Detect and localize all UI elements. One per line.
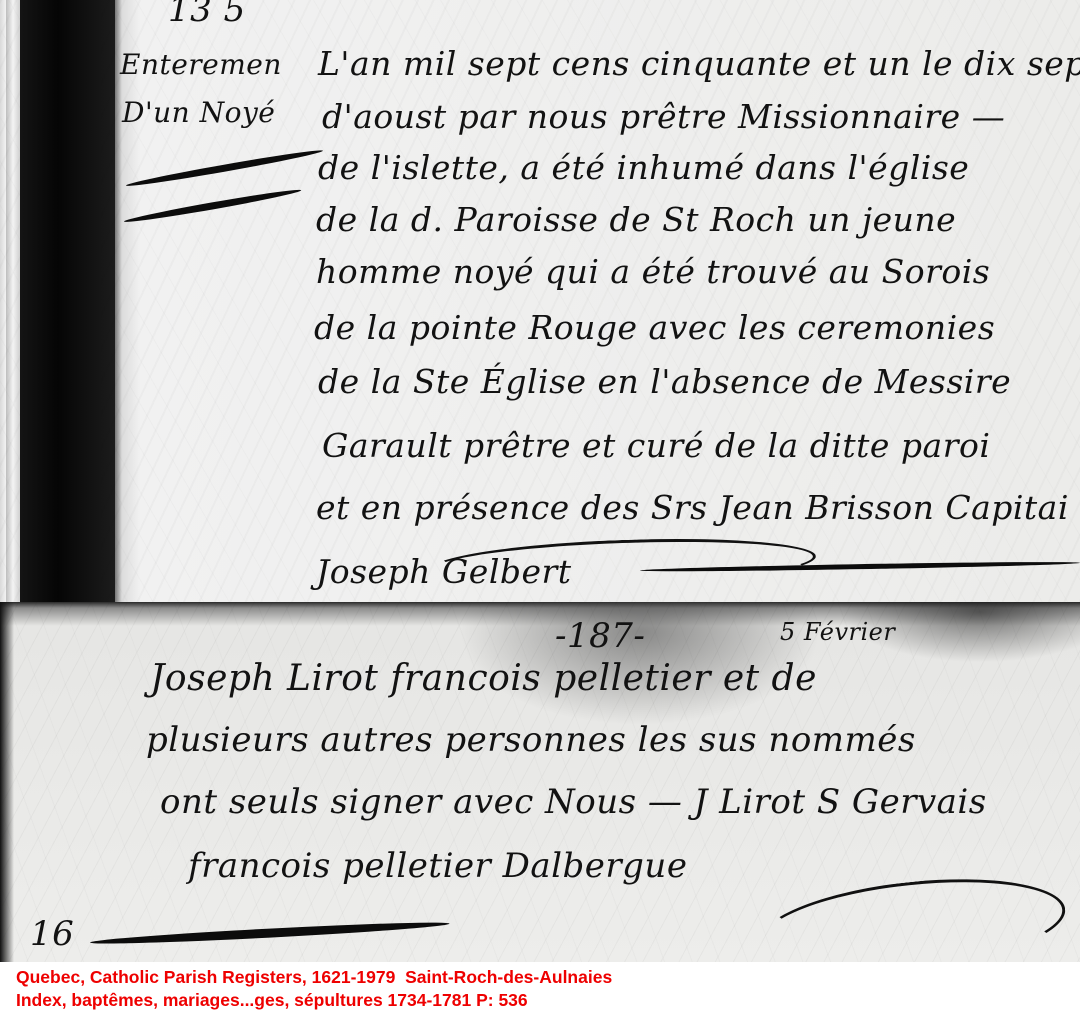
date-note: 5 Février — [780, 618, 895, 646]
caption-line-1: Quebec, Catholic Parish Registers, 1621-… — [16, 966, 612, 989]
margin-dash-stroke-2 — [123, 187, 301, 225]
bottom-ink-stroke — [90, 919, 450, 947]
record-line-b1: Joseph Lirot francois pelletier et de — [150, 658, 817, 699]
record-line-1: L'an mil sept cens cinquante et un le di… — [318, 44, 1080, 83]
caption-line-2: Index, baptêmes, mariages...ges, sépultu… — [16, 989, 612, 1012]
record-line-4: de la d. Paroisse de St Roch un jeune — [316, 200, 956, 239]
record-line-b2: plusieurs autres personnes les sus nommé… — [146, 720, 916, 760]
entry-number: -187- — [555, 616, 645, 656]
book-binding-shadow — [20, 0, 115, 602]
page-number-mark: 13 5 — [168, 0, 246, 30]
record-line-6: de la pointe Rouge avec les ceremonies — [314, 308, 995, 347]
record-line-3: de l'islette, a été inhumé dans l'église — [318, 148, 969, 187]
record-line-9: et en présence des Srs Jean Brisson Capi… — [316, 488, 1069, 527]
margin-note-line-2: D'un Noyé — [122, 96, 275, 129]
margin-note-line-1: Enteremen — [120, 48, 282, 81]
page-edge — [6, 0, 20, 602]
source-caption: Quebec, Catholic Parish Registers, 1621-… — [16, 966, 612, 1012]
record-line-8: Garault prêtre et curé de la ditte paroi — [322, 426, 990, 465]
record-line-5: homme noyé qui a été trouvé au Sorois — [316, 252, 990, 291]
signature-flourish — [429, 533, 816, 592]
register-scan-top: 13 5 Enteremen D'un Noyé L'an mil sept c… — [0, 0, 1080, 602]
signature-flourish-bottom — [756, 866, 1069, 962]
lower-left-mark: 16 — [30, 914, 74, 954]
signatures-line: francois pelletier Dalbergue — [188, 846, 687, 886]
margin-dash-stroke-1 — [125, 147, 323, 189]
record-line-2: d'aoust par nous prêtre Missionnaire — — [322, 97, 1005, 136]
record-line-7: de la Ste Église en l'absence de Messire — [318, 362, 1011, 401]
register-scan-bottom: -187- 5 Février Joseph Lirot francois pe… — [0, 602, 1080, 962]
record-line-b3: ont seuls signer avec Nous — J Lirot S G… — [160, 782, 987, 822]
